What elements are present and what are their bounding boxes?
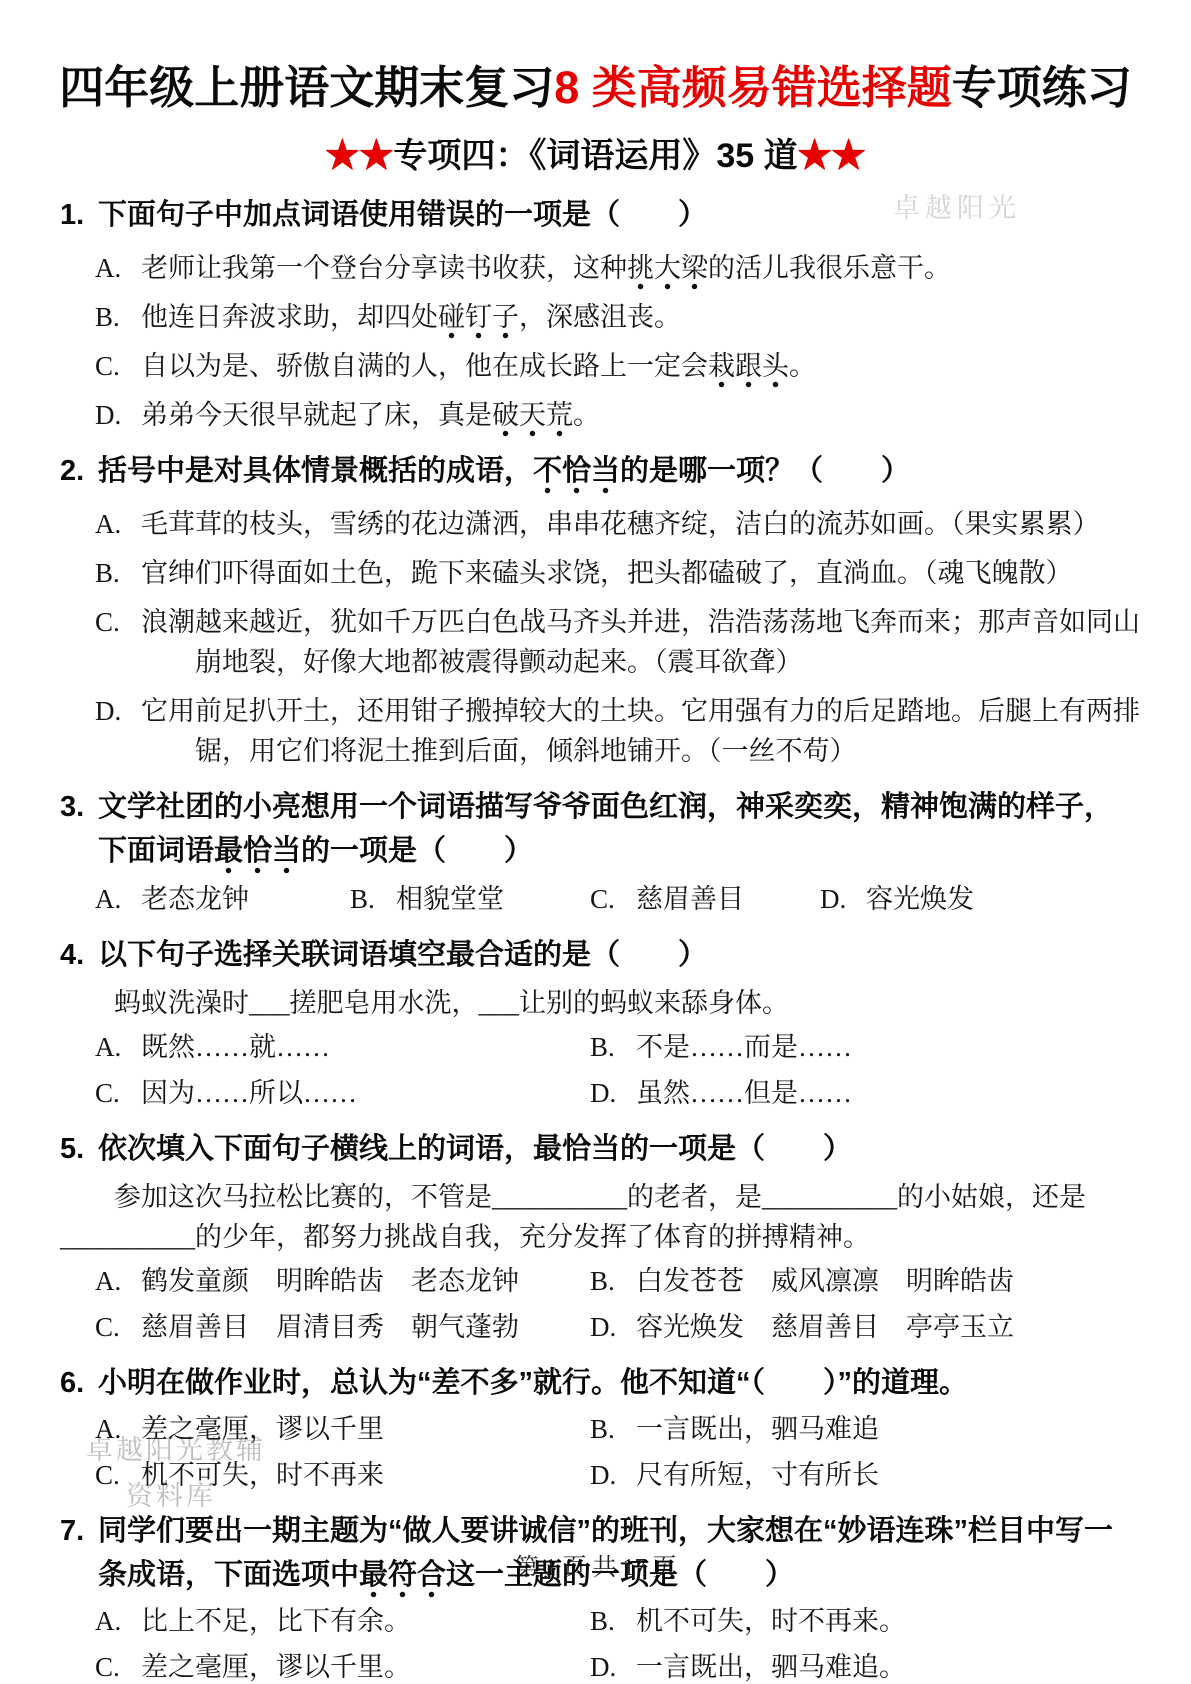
option-text: 虽然……但是…… bbox=[636, 1073, 1151, 1113]
option-text-pre: 他连日奔波求助，却四处 bbox=[141, 302, 438, 332]
option-text: 慈眉善目 bbox=[636, 879, 820, 919]
question-1-heading-text: 下面句子中加点词语使用错误的一项是（ ） bbox=[98, 193, 1141, 237]
option-label: D. bbox=[590, 1647, 636, 1684]
question-1-heading-pre: 下面句子中加点词语使用错误的一项是（ ） bbox=[98, 199, 707, 231]
option-text-body: 毛茸茸的枝头，雪绣的花边潇洒，串串花穗齐绽，洁白的流苏如画。（果实累累） bbox=[141, 509, 1100, 539]
question-1-option-b: B. 他连日奔波求助，却四处碰钉子，深感沮丧。 bbox=[95, 297, 1151, 337]
question-5-stem: 参加这次马拉松比赛的，不管是__________的老者，是__________的… bbox=[0, 1171, 1191, 1257]
option-label: D. bbox=[820, 879, 866, 919]
question-6-options: A. 差之毫厘，谬以千里 B. 一言既出，驷马难追 C. 机不可失，时不再来 D… bbox=[0, 1405, 1191, 1495]
questions-content: 1. 下面句子中加点词语使用错误的一项是（ ） A. 老师让我第一个登台分享读书… bbox=[0, 193, 1191, 1684]
option-label: B. bbox=[590, 1409, 636, 1449]
question-6-option-a: A. 差之毫厘，谬以千里 bbox=[95, 1409, 590, 1449]
question-4-stem: 蚂蚁洗澡时___搓肥皂用水洗，___让别的蚂蚁来舔身体。 bbox=[0, 977, 1191, 1023]
question-4-heading-pre: 以下句子选择关联词语填空最合适的是（ ） bbox=[98, 939, 707, 971]
option-text-pre: 自以为是、骄傲自满的人，他在成长路上一定会 bbox=[141, 351, 708, 381]
option-text: 他连日奔波求助，却四处碰钉子，深感沮丧。 bbox=[141, 297, 1151, 337]
option-text-body: 官绅们吓得面如土色，跪下来磕头求饶，把头都磕破了，直淌血。（魂飞魄散） bbox=[141, 558, 1073, 588]
option-text: 老师让我第一个登台分享读书收获，这种挑大梁的活儿我很乐意干。 bbox=[141, 248, 1151, 288]
question-6-option-b: B. 一言既出，驷马难追 bbox=[590, 1409, 1151, 1449]
option-label: D. bbox=[590, 1073, 636, 1113]
question-3-option-a: A. 老态龙钟 bbox=[95, 879, 350, 919]
option-text-emph: 碰钉子 bbox=[438, 302, 519, 339]
option-text: 自以为是、骄傲自满的人，他在成长路上一定会栽跟头。 bbox=[141, 346, 1151, 386]
option-text: 尺有所短，寸有所长 bbox=[636, 1455, 1151, 1495]
question-2-option-b: B. 官绅们吓得面如土色，跪下来磕头求饶，把头都磕破了，直淌血。（魂飞魄散） bbox=[95, 553, 1151, 593]
question-7-option-c: C. 差之毫厘，谬以千里。 bbox=[95, 1647, 590, 1684]
question-6-option-d: D. 尺有所短，寸有所长 bbox=[590, 1455, 1151, 1495]
option-label: A. bbox=[95, 879, 141, 919]
question-3-option-b: B. 相貌堂堂 bbox=[350, 879, 590, 919]
question-3-option-d: D. 容光焕发 bbox=[820, 879, 1171, 919]
option-label: A. bbox=[95, 504, 141, 544]
option-text-emph: 破天荒 bbox=[492, 400, 573, 437]
question-5-option-b: B. 白发苍苍 威风凛凛 明眸皓齿 bbox=[590, 1261, 1151, 1301]
option-label: B. bbox=[350, 879, 396, 919]
option-label: C. bbox=[95, 346, 141, 386]
option-label: A. bbox=[95, 1409, 141, 1449]
question-2-option-c: C. 浪潮越来越近，犹如千万匹白色战马齐头并进，浩浩荡荡地飞奔而来；那声音如同山… bbox=[95, 602, 1151, 682]
option-label: D. bbox=[95, 691, 141, 771]
subtitle-text: 专项四：《词语运用》35 道 bbox=[393, 137, 797, 175]
option-text: 弟弟今天很早就起了床，真是破天荒。 bbox=[141, 395, 1151, 435]
option-label: C. bbox=[95, 1073, 141, 1113]
option-text: 不是……而是…… bbox=[636, 1027, 1151, 1067]
option-text: 一言既出，驷马难追 bbox=[636, 1409, 1151, 1449]
question-1-heading: 1. 下面句子中加点词语使用错误的一项是（ ） bbox=[0, 193, 1191, 237]
option-label: D. bbox=[95, 395, 141, 435]
question-3-options: A. 老态龙钟 B. 相貌堂堂 C. 慈眉善目 D. 容光焕发 bbox=[0, 873, 1191, 919]
question-2-heading-post: 的是哪一项？（ ） bbox=[620, 455, 910, 487]
question-7-number: 7. bbox=[60, 1509, 98, 1597]
option-label: A. bbox=[95, 1027, 141, 1067]
option-label: A. bbox=[95, 1601, 141, 1641]
question-4-heading-text: 以下句子选择关联词语填空最合适的是（ ） bbox=[98, 933, 1141, 977]
question-2-heading-pre: 括号中是对具体情景概括的成语， bbox=[98, 455, 533, 487]
option-text-post: ，深感沮丧。 bbox=[519, 302, 681, 332]
question-5-options: A. 鹤发童颜 明眸皓齿 老态龙钟 B. 白发苍苍 威风凛凛 明眸皓齿 C. 慈… bbox=[0, 1257, 1191, 1347]
option-text-pre: 老师让我第一个登台分享读书收获，这种 bbox=[141, 253, 627, 283]
option-text: 老态龙钟 bbox=[141, 879, 350, 919]
question-7-heading: 7. 同学们要出一期主题为“做人要讲诚信”的班刊，大家想在“妙语连珠”栏目中写一… bbox=[0, 1509, 1191, 1597]
question-2-heading-emph: 不恰当 bbox=[533, 455, 620, 494]
question-2-heading: 2. 括号中是对具体情景概括的成语，不恰当的是哪一项？（ ） bbox=[0, 449, 1191, 493]
question-1-option-a: A. 老师让我第一个登台分享读书收获，这种挑大梁的活儿我很乐意干。 bbox=[95, 248, 1151, 288]
option-text-post: 的活儿我很乐意干。 bbox=[708, 253, 951, 283]
question-1: 1. 下面句子中加点词语使用错误的一项是（ ） A. 老师让我第一个登台分享读书… bbox=[0, 193, 1191, 435]
option-text: 慈眉善目 眉清目秀 朝气蓬勃 bbox=[141, 1307, 590, 1347]
option-text: 相貌堂堂 bbox=[396, 879, 590, 919]
question-4-heading: 4. 以下句子选择关联词语填空最合适的是（ ） bbox=[0, 933, 1191, 977]
option-label: B. bbox=[95, 553, 141, 593]
question-6-number: 6. bbox=[60, 1361, 98, 1405]
question-1-number: 1. bbox=[60, 193, 98, 237]
question-4-number: 4. bbox=[60, 933, 98, 977]
option-text-post: 。 bbox=[573, 400, 600, 430]
worksheet-page: 卓越阳光 卓越阳光教辅 资料库 四年级上册语文期末复习8 类高频易错选择题专项练… bbox=[0, 0, 1191, 1684]
option-text: 一言既出，驷马难追。 bbox=[636, 1647, 1151, 1684]
question-2-heading-text: 括号中是对具体情景概括的成语，不恰当的是哪一项？（ ） bbox=[98, 449, 1141, 493]
question-2-option-d: D. 它用前足扒开土，还用钳子搬掉较大的土块。它用强有力的后足踏地。后腿上有两排… bbox=[95, 691, 1151, 771]
question-5-option-d: D. 容光焕发 慈眉善目 亭亭玉立 bbox=[590, 1307, 1151, 1347]
option-label: B. bbox=[590, 1601, 636, 1641]
subtitle-stars-right: ★★ bbox=[798, 137, 866, 175]
option-text: 既然……就…… bbox=[141, 1027, 590, 1067]
title-black-part2: 专项练习 bbox=[952, 62, 1132, 113]
question-7: 7. 同学们要出一期主题为“做人要讲诚信”的班刊，大家想在“妙语连珠”栏目中写一… bbox=[0, 1509, 1191, 1684]
question-3-option-c: C. 慈眉善目 bbox=[590, 879, 820, 919]
option-text: 差之毫厘，谬以千里 bbox=[141, 1409, 590, 1449]
option-label: B. bbox=[590, 1261, 636, 1301]
question-4-option-b: B. 不是……而是…… bbox=[590, 1027, 1151, 1067]
option-text-emph: 挑大梁 bbox=[627, 253, 708, 290]
question-4-options: A. 既然……就…… B. 不是……而是…… C. 因为……所以…… D. 虽然… bbox=[0, 1023, 1191, 1113]
question-3: 3. 文学社团的小亮想用一个词语描写爷爷面色红润，神采奕奕，精神饱满的样子，下面… bbox=[0, 785, 1191, 919]
option-text: 鹤发童颜 明眸皓齿 老态龙钟 bbox=[141, 1261, 590, 1301]
question-3-heading-post: 的一项是（ ） bbox=[301, 835, 533, 867]
question-7-option-d: D. 一言既出，驷马难追。 bbox=[590, 1647, 1151, 1684]
option-text: 浪潮越来越近，犹如千万匹白色战马齐头并进，浩浩荡荡地飞奔而来；那声音如同山崩地裂… bbox=[141, 602, 1151, 682]
question-2-number: 2. bbox=[60, 449, 98, 493]
question-4-option-a: A. 既然……就…… bbox=[95, 1027, 590, 1067]
option-label: A. bbox=[95, 248, 141, 288]
question-5-option-c: C. 慈眉善目 眉清目秀 朝气蓬勃 bbox=[95, 1307, 590, 1347]
question-2-options: A. 毛茸茸的枝头，雪绣的花边潇洒，串串花穗齐绽，洁白的流苏如画。（果实累累） … bbox=[0, 493, 1191, 771]
question-1-options: A. 老师让我第一个登台分享读书收获，这种挑大梁的活儿我很乐意干。 B. 他连日… bbox=[0, 237, 1191, 435]
option-label: C. bbox=[95, 602, 141, 682]
option-text-post: 。 bbox=[789, 351, 816, 381]
option-text: 因为……所以…… bbox=[141, 1073, 590, 1113]
question-4-option-d: D. 虽然……但是…… bbox=[590, 1073, 1151, 1113]
question-1-option-c: C. 自以为是、骄傲自满的人，他在成长路上一定会栽跟头。 bbox=[95, 346, 1151, 386]
option-label: B. bbox=[95, 297, 141, 337]
option-label: C. bbox=[95, 1307, 141, 1347]
question-5-heading: 5. 依次填入下面句子横线上的词语，最恰当的一项是（ ） bbox=[0, 1127, 1191, 1171]
question-5-heading-text: 依次填入下面句子横线上的词语，最恰当的一项是（ ） bbox=[98, 1127, 1141, 1171]
option-text: 机不可失，时不再来 bbox=[141, 1455, 590, 1495]
option-text-pre: 弟弟今天很早就起了床，真是 bbox=[141, 400, 492, 430]
option-label: C. bbox=[95, 1647, 141, 1684]
question-5: 5. 依次填入下面句子横线上的词语，最恰当的一项是（ ） 参加这次马拉松比赛的，… bbox=[0, 1127, 1191, 1347]
page-subtitle: ★★专项四：《词语运用》35 道★★ bbox=[0, 128, 1191, 177]
question-5-heading-pre: 依次填入下面句子横线上的词语，最恰当的一项是（ ） bbox=[98, 1133, 852, 1165]
option-text: 白发苍苍 威风凛凛 明眸皓齿 bbox=[636, 1261, 1151, 1301]
question-7-heading-emph: 最符合 bbox=[359, 1559, 446, 1598]
question-5-number: 5. bbox=[60, 1127, 98, 1171]
option-label: D. bbox=[590, 1307, 636, 1347]
question-3-number: 3. bbox=[60, 785, 98, 873]
question-7-heading-post: 这一主题的一项是（ ） bbox=[446, 1559, 794, 1591]
option-text: 差之毫厘，谬以千里。 bbox=[141, 1647, 590, 1684]
option-text: 比上不足，比下有余。 bbox=[141, 1601, 590, 1641]
option-text: 毛茸茸的枝头，雪绣的花边潇洒，串串花穗齐绽，洁白的流苏如画。（果实累累） bbox=[141, 504, 1151, 544]
option-label: C. bbox=[590, 879, 636, 919]
title-red-part: 8 类高频易错选择题 bbox=[554, 62, 952, 113]
option-text-emph: 栽跟头 bbox=[708, 351, 789, 388]
option-label: A. bbox=[95, 1261, 141, 1301]
question-1-option-d: D. 弟弟今天很早就起了床，真是破天荒。 bbox=[95, 395, 1151, 435]
option-label: B. bbox=[590, 1027, 636, 1067]
question-3-heading: 3. 文学社团的小亮想用一个词语描写爷爷面色红润，神采奕奕，精神饱满的样子，下面… bbox=[0, 785, 1191, 873]
question-5-option-a: A. 鹤发童颜 明眸皓齿 老态龙钟 bbox=[95, 1261, 590, 1301]
option-text: 官绅们吓得面如土色，跪下来磕头求饶，把头都磕破了，直淌血。（魂飞魄散） bbox=[141, 553, 1151, 593]
question-7-option-a: A. 比上不足，比下有余。 bbox=[95, 1601, 590, 1641]
question-2: 2. 括号中是对具体情景概括的成语，不恰当的是哪一项？（ ） A. 毛茸茸的枝头… bbox=[0, 449, 1191, 771]
option-text: 容光焕发 慈眉善目 亭亭玉立 bbox=[636, 1307, 1151, 1347]
question-6-heading-text: 小明在做作业时，总认为“差不多”就行。他不知道“（ ）”的道理。 bbox=[98, 1361, 1141, 1405]
option-text: 它用前足扒开土，还用钳子搬掉较大的土块。它用强有力的后足踏地。后腿上有两排锯，用… bbox=[141, 691, 1151, 771]
option-text-body: 浪潮越来越近，犹如千万匹白色战马齐头并进，浩浩荡荡地飞奔而来；那声音如同山崩地裂… bbox=[141, 607, 1140, 677]
question-6: 6. 小明在做作业时，总认为“差不多”就行。他不知道“（ ）”的道理。 A. 差… bbox=[0, 1361, 1191, 1495]
question-4-option-c: C. 因为……所以…… bbox=[95, 1073, 590, 1113]
option-label: C. bbox=[95, 1455, 141, 1495]
question-7-options: A. 比上不足，比下有余。 B. 机不可失，时不再来。 C. 差之毫厘，谬以千里… bbox=[0, 1597, 1191, 1684]
page-title: 四年级上册语文期末复习8 类高频易错选择题专项练习 bbox=[40, 62, 1151, 114]
question-6-heading-pre: 小明在做作业时，总认为“差不多”就行。他不知道“（ ）”的道理。 bbox=[98, 1367, 968, 1399]
option-label: D. bbox=[590, 1455, 636, 1495]
option-text-body: 它用前足扒开土，还用钳子搬掉较大的土块。它用强有力的后足踏地。后腿上有两排锯，用… bbox=[141, 696, 1140, 766]
option-text: 机不可失，时不再来。 bbox=[636, 1601, 1151, 1641]
question-2-option-a: A. 毛茸茸的枝头，雪绣的花边潇洒，串串花穗齐绽，洁白的流苏如画。（果实累累） bbox=[95, 504, 1151, 544]
question-6-option-c: C. 机不可失，时不再来 bbox=[95, 1455, 590, 1495]
question-6-heading: 6. 小明在做作业时，总认为“差不多”就行。他不知道“（ ）”的道理。 bbox=[0, 1361, 1191, 1405]
subtitle-stars-left: ★★ bbox=[325, 137, 393, 175]
question-7-heading-text: 同学们要出一期主题为“做人要讲诚信”的班刊，大家想在“妙语连珠”栏目中写一条成语… bbox=[98, 1509, 1141, 1597]
title-black-part1: 四年级上册语文期末复习 bbox=[59, 62, 554, 113]
question-4: 4. 以下句子选择关联词语填空最合适的是（ ） 蚂蚁洗澡时___搓肥皂用水洗，_… bbox=[0, 933, 1191, 1113]
question-3-heading-text: 文学社团的小亮想用一个词语描写爷爷面色红润，神采奕奕，精神饱满的样子，下面词语最… bbox=[98, 785, 1141, 873]
question-7-option-b: B. 机不可失，时不再来。 bbox=[590, 1601, 1151, 1641]
question-3-heading-emph: 最恰当 bbox=[214, 835, 301, 874]
option-text: 容光焕发 bbox=[866, 879, 1171, 919]
